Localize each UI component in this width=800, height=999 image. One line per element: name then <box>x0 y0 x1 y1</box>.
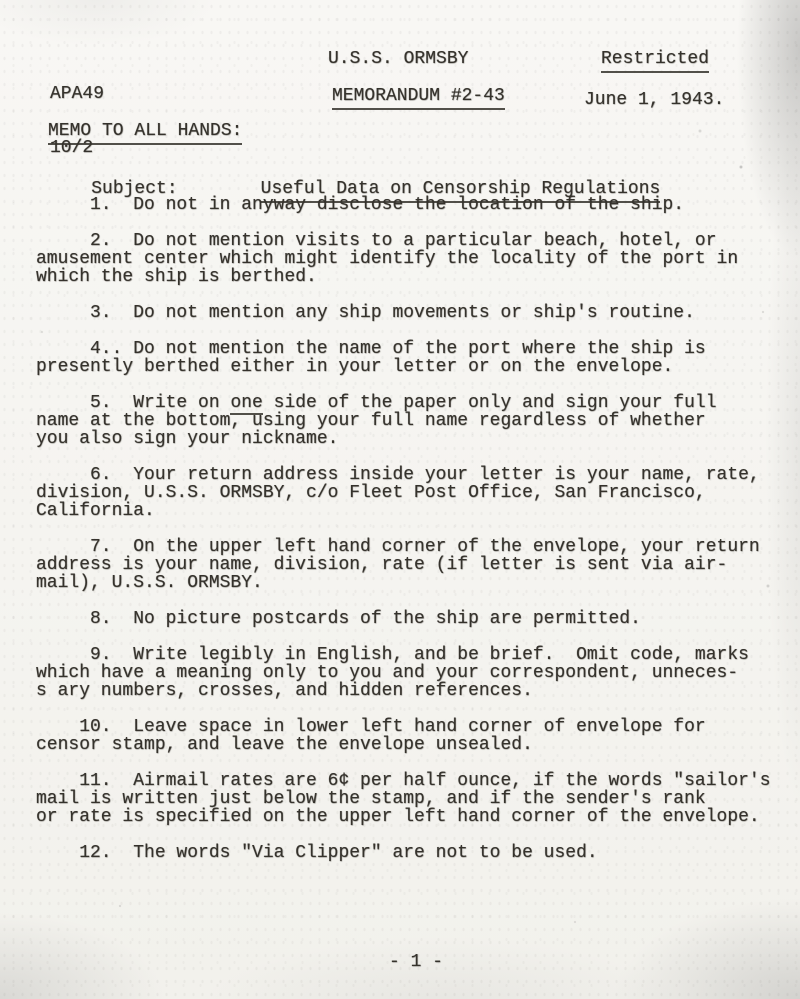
memo-item-2: 2. Do not mention visits to a particular… <box>36 232 796 286</box>
memo-items: 1. Do not in anyway disclose the locatio… <box>36 196 796 880</box>
memo-item-11: 11. Airmail rates are 6¢ per half ounce,… <box>36 772 796 826</box>
memo-line: you also sign your nickname. <box>36 430 796 448</box>
memo-item-4: 4.. Do not mention the name of the port … <box>36 340 796 376</box>
memo-line: 3. Do not mention any ship movements or … <box>36 304 796 322</box>
memo-line: 6. Your return address inside your lette… <box>36 466 796 484</box>
memo-line: 7. On the upper left hand corner of the … <box>36 538 796 556</box>
corner-ref-line1: APA49 <box>50 85 104 103</box>
memo-line: division, U.S.S. ORMSBY, c/o Fleet Post … <box>36 484 796 502</box>
memo-line: 4.. Do not mention the name of the port … <box>36 340 796 358</box>
memo-line: or rate is specified on the upper left h… <box>36 808 796 826</box>
memo-date: June 1, 1943. <box>584 90 724 110</box>
memo-line: 12. The words "Via Clipper" are not to b… <box>36 844 796 862</box>
memo-line: censor stamp, and leave the envelope uns… <box>36 736 796 754</box>
memo-line: mail is written just below the stamp, an… <box>36 790 796 808</box>
memo-line: presently berthed either in your letter … <box>36 358 796 376</box>
memo-item-3: 3. Do not mention any ship movements or … <box>36 304 796 322</box>
memo-line: s ary numbers, crosses, and hidden refer… <box>36 682 796 700</box>
memo-to-line: MEMO TO ALL HANDS: <box>48 121 242 145</box>
memo-item-6: 6. Your return address inside your lette… <box>36 466 796 520</box>
memo-item-8: 8. No picture postcards of the ship are … <box>36 610 796 628</box>
memo-item-1: 1. Do not in anyway disclose the locatio… <box>36 196 796 214</box>
memo-line: amusement center which might identify th… <box>36 250 796 268</box>
memo-line: 5. Write on one side of the paper only a… <box>36 394 796 412</box>
memo-item-9: 9. Write legibly in English, and be brie… <box>36 646 796 700</box>
ship-name: U.S.S. ORMSBY <box>328 49 468 69</box>
memo-line: 2. Do not mention visits to a particular… <box>36 232 796 250</box>
memo-line: which have a meaning only to you and you… <box>36 664 796 682</box>
memo-line: address is your name, division, rate (if… <box>36 556 796 574</box>
memo-item-7: 7. On the upper left hand corner of the … <box>36 538 796 592</box>
memo-line: which the ship is berthed. <box>36 268 796 286</box>
memo-number: MEMORANDUM #2-43 <box>332 86 505 110</box>
memo-line: mail), U.S.S. ORMSBY. <box>36 574 796 592</box>
memo-line: 1. Do not in anyway disclose the locatio… <box>36 196 796 214</box>
memo-line: 10. Leave space in lower left hand corne… <box>36 718 796 736</box>
memo-line: 11. Airmail rates are 6¢ per half ounce,… <box>36 772 796 790</box>
classification-label: Restricted <box>601 49 709 73</box>
page-number: - 1 - <box>389 952 443 972</box>
memo-item-5: 5. Write on one side of the paper only a… <box>36 394 796 448</box>
memo-item-12: 12. The words "Via Clipper" are not to b… <box>36 844 796 862</box>
memo-document-page: APA49 10/2 U.S.S. ORMSBY Restricted MEMO… <box>0 0 800 999</box>
memo-line: California. <box>36 502 796 520</box>
memo-item-10: 10. Leave space in lower left hand corne… <box>36 718 796 754</box>
memo-line: 8. No picture postcards of the ship are … <box>36 610 796 628</box>
memo-line: name at the bottom, using your full name… <box>36 412 796 430</box>
memo-line: 9. Write legibly in English, and be brie… <box>36 646 796 664</box>
